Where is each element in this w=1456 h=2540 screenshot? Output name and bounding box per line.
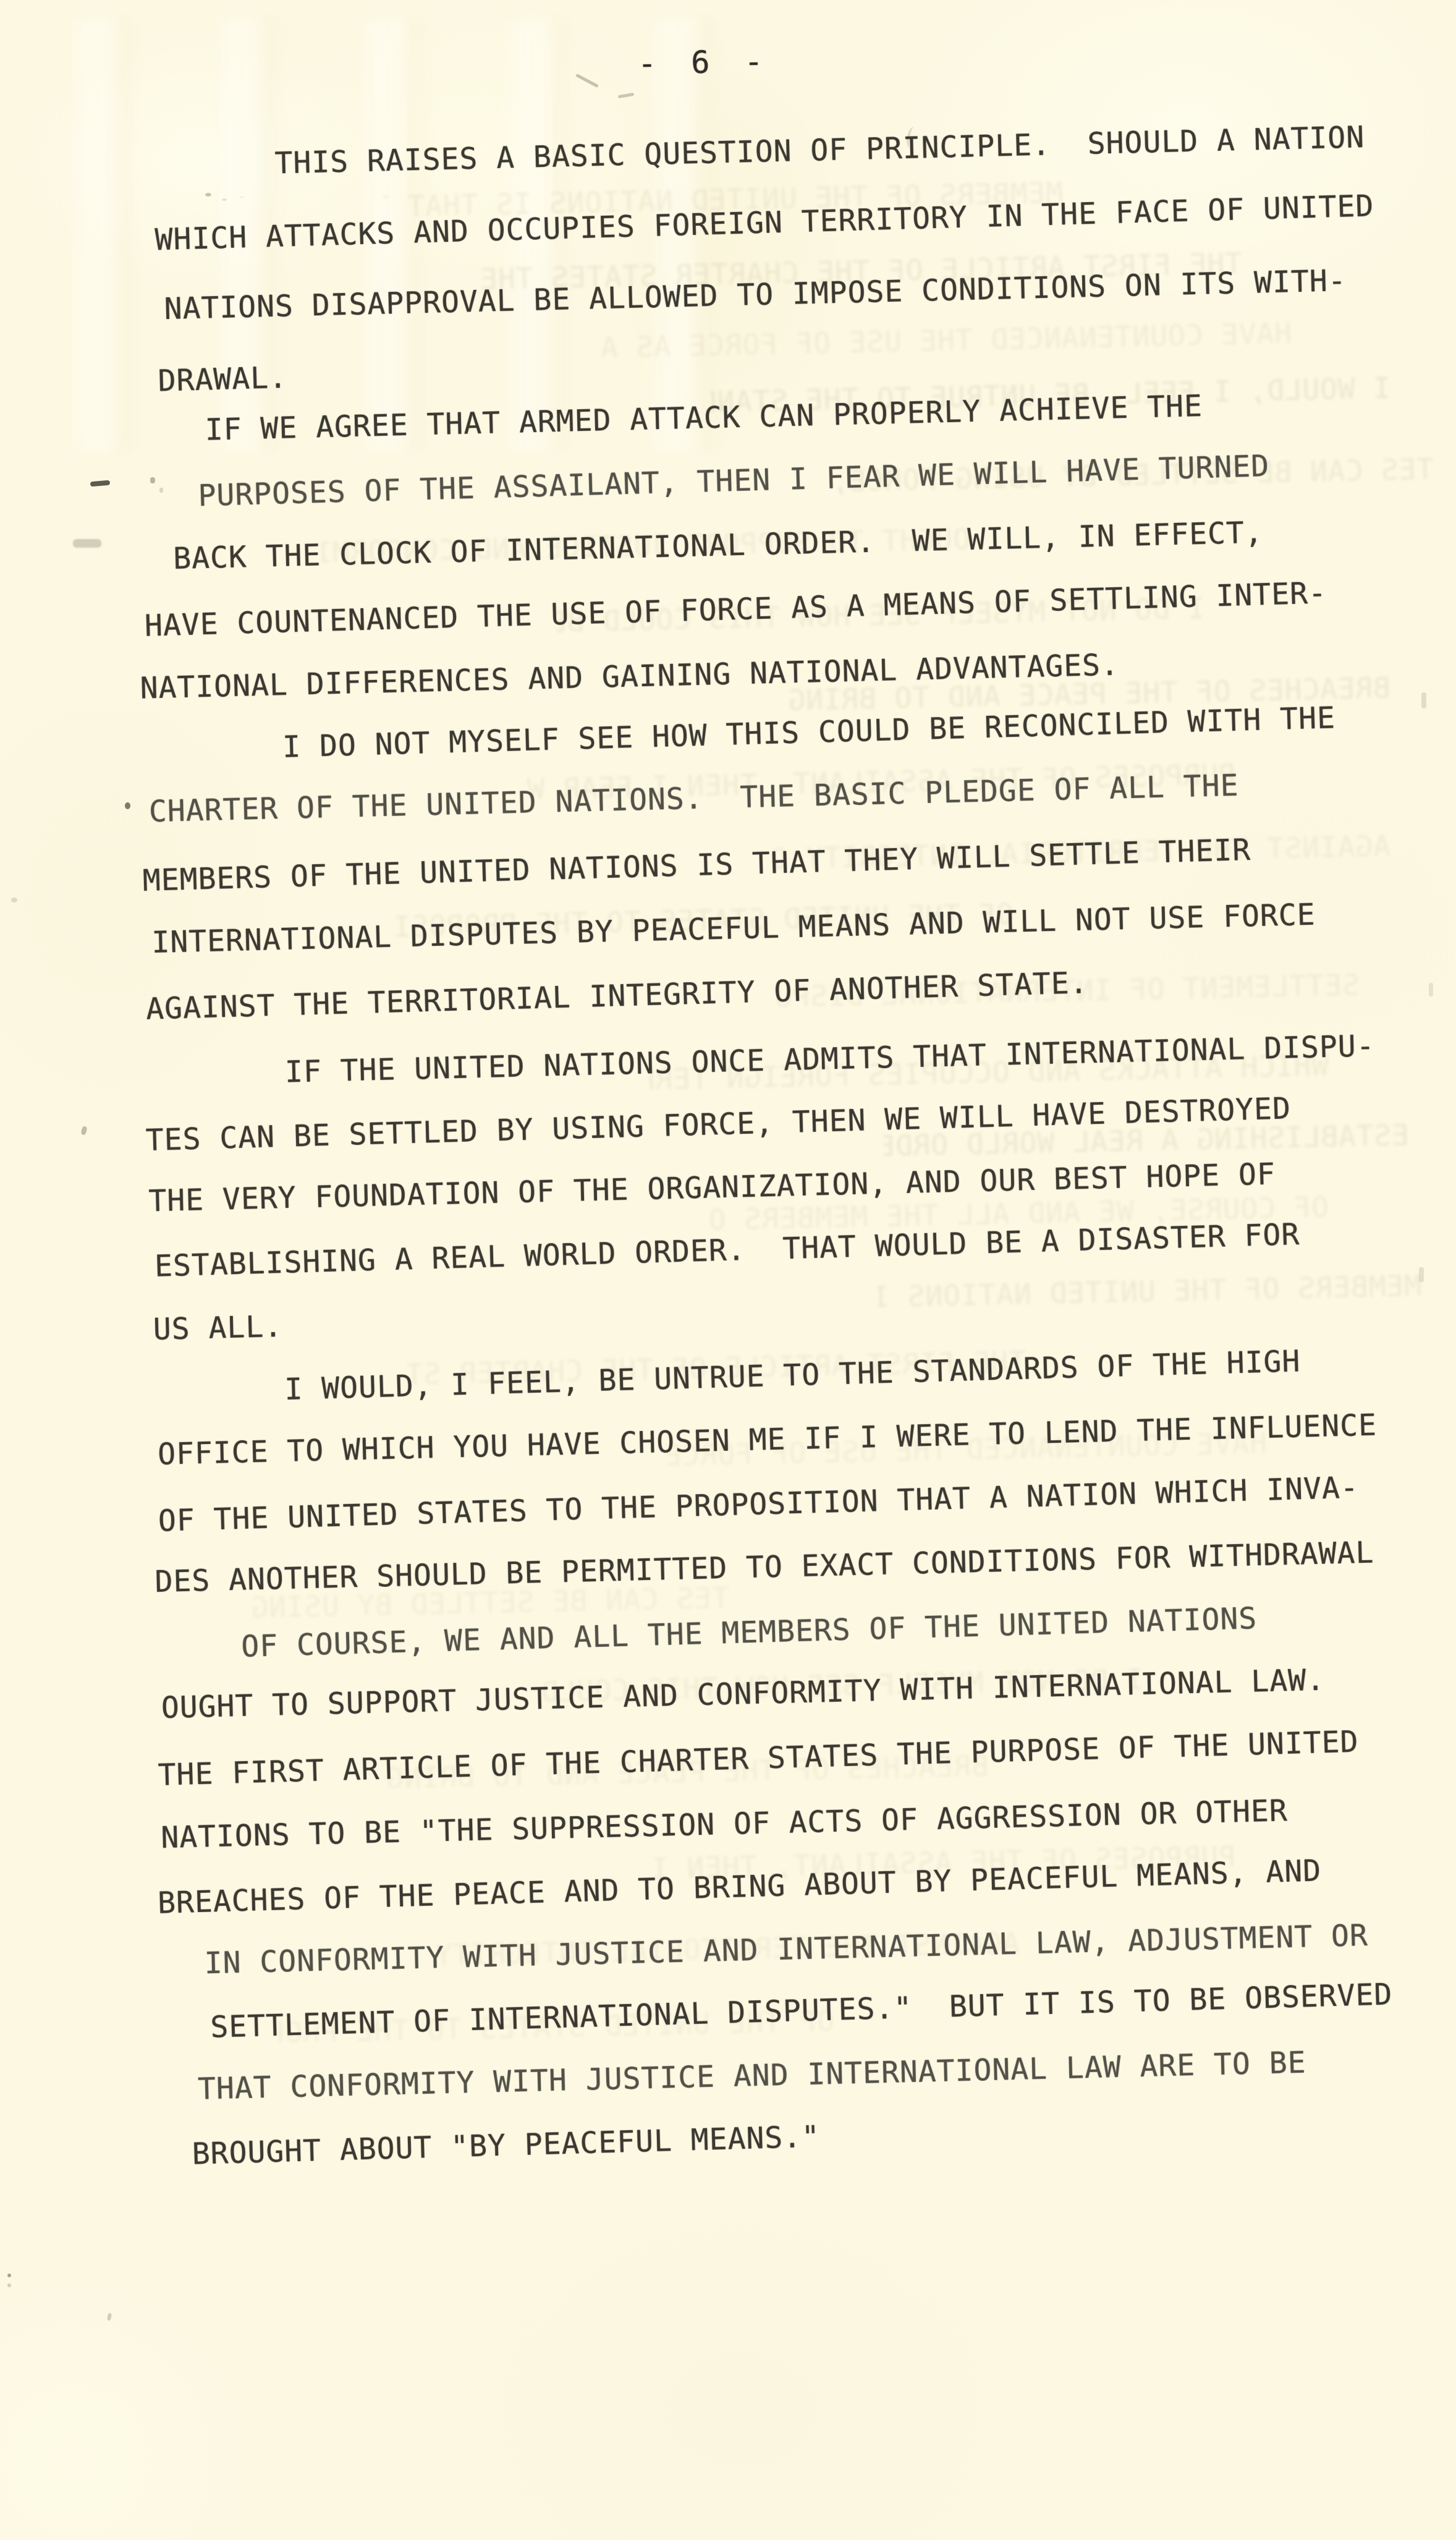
scanned-document-page: MEMBERS OF THE UNITED NATIONS IS THAT TH… — [0, 0, 1456, 2540]
scan-vignette — [0, 0, 1456, 2540]
